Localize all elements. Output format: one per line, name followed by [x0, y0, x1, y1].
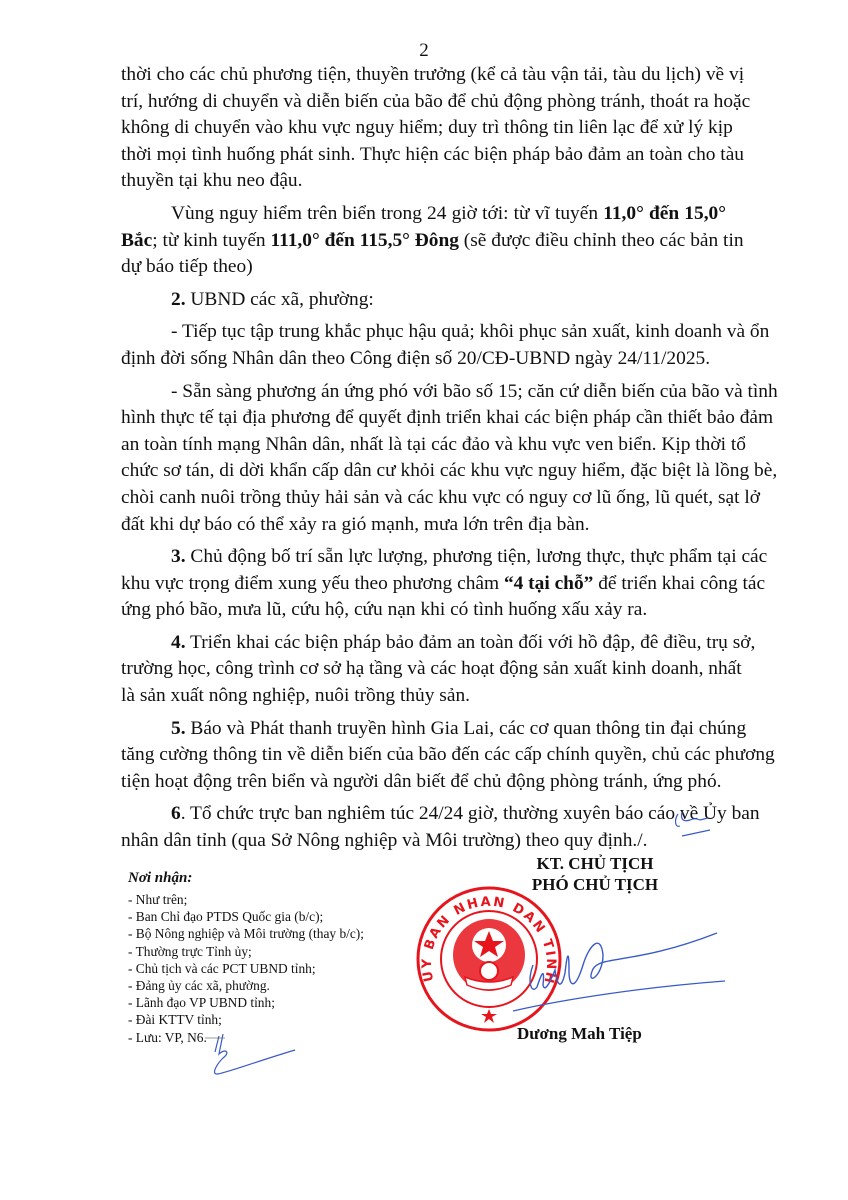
item-text: Báo và Phát thanh truyền hình Gia Lai, c…: [186, 718, 747, 739]
paragraph-continuation: thời cho các chủ phương tiện, thuyền trư…: [121, 62, 726, 195]
item-text: Chủ động bố trí sẵn lực lượng, phương ti…: [186, 546, 768, 567]
text-line: khu vực trọng điểm xung yếu theo phương …: [121, 571, 726, 598]
text-line: hình thực tế tại địa phương để quyết địn…: [121, 405, 726, 432]
item-number: 5.: [171, 718, 186, 739]
item-3: 3. Chủ động bố trí sẵn lực lượng, phương…: [121, 544, 726, 624]
motto-four-on-site: “4 tại chỗ”: [504, 573, 593, 594]
text-line: 6. Tổ chức trực ban nghiêm túc 24/24 giờ…: [121, 801, 726, 828]
danger-zone-prefix: Vùng nguy hiểm trên biển trong 24 giờ tớ…: [171, 203, 603, 224]
item-text: Triển khai các biện pháp bảo đảm an toàn…: [186, 632, 756, 653]
text-line: nhân dân tỉnh (qua Sở Nông nghiệp và Môi…: [121, 828, 726, 855]
text-line: 4. Triển khai các biện pháp bảo đảm an t…: [121, 630, 726, 657]
signer-role-line-1: KT. CHỦ TỊCH: [505, 853, 685, 874]
recipients-list: - Như trên; - Ban Chỉ đạo PTDS Quốc gia …: [128, 891, 428, 1046]
text-line: trường học, công trình cơ sở hạ tầng và …: [121, 656, 726, 683]
text-line: là sản xuất nông nghiệp, nuôi trồng thủy…: [121, 683, 726, 710]
text-line: tăng cường thông tin về diễn biến của bã…: [121, 742, 726, 769]
text-line: Vùng nguy hiểm trên biển trong 24 giờ tớ…: [121, 201, 726, 228]
item-6: 6. Tổ chức trực ban nghiêm túc 24/24 giờ…: [121, 801, 726, 854]
item-2: 2. UBND các xã, phường:: [121, 287, 726, 314]
item-4: 4. Triển khai các biện pháp bảo đảm an t…: [121, 630, 726, 710]
text-line: - Tiếp tục tập trung khắc phục hậu quả; …: [121, 319, 726, 346]
recipient-item: - Như trên;: [128, 891, 428, 908]
latitude-direction: Bắc: [121, 230, 152, 251]
item-text: để triển khai công tác: [593, 573, 765, 594]
item-text: khu vực trọng điểm xung yếu theo phương …: [121, 573, 504, 594]
text-line: 5. Báo và Phát thanh truyền hình Gia Lai…: [121, 716, 726, 743]
recipient-item: - Ban Chỉ đạo PTDS Quốc gia (b/c);: [128, 908, 428, 925]
text-line: dự báo tiếp theo): [121, 254, 726, 281]
handwritten-signature-icon: [505, 925, 730, 1020]
text-line: đất khi dự báo có thể xảy ra gió mạnh, m…: [121, 512, 726, 539]
paragraph-danger-zone: Vùng nguy hiểm trên biển trong 24 giờ tớ…: [121, 201, 726, 281]
text-line: thời mọi tình huống phát sinh. Thực hiện…: [121, 142, 726, 169]
recipients-block: Nơi nhận: - Như trên; - Ban Chỉ đạo PTDS…: [128, 870, 428, 1046]
item-number: 4.: [171, 632, 186, 653]
text-line: - Sẵn sàng phương án ứng phó với bão số …: [121, 379, 726, 406]
initial-signature-icon: [670, 808, 730, 840]
latitude-range: 11,0° đến 15,0°: [603, 203, 726, 224]
text-line: thời cho các chủ phương tiện, thuyền trư…: [121, 62, 726, 89]
text-line: 3. Chủ động bố trí sẵn lực lượng, phương…: [121, 544, 726, 571]
item-number: 3.: [171, 546, 186, 567]
text-line: thuyền tại khu neo đậu.: [121, 168, 726, 195]
text-line: trí, hướng di chuyển và diễn biến của bã…: [121, 89, 726, 116]
text-line: tiện hoạt động trên biển và người dân bi…: [121, 769, 726, 796]
longitude-range: 111,0° đến 115,5° Đông: [270, 230, 458, 251]
item-2-bullet-2: - Sẵn sàng phương án ứng phó với bão số …: [121, 379, 726, 539]
recipient-item: - Đài KTTV tỉnh;: [128, 1011, 428, 1028]
document-body: thời cho các chủ phương tiện, thuyền trư…: [121, 62, 726, 861]
recipient-item: - Thường trực Tỉnh ủy;: [128, 943, 428, 960]
text-line: 2. UBND các xã, phường:: [121, 287, 726, 314]
recipient-item: - Bộ Nông nghiệp và Môi trường (thay b/c…: [128, 925, 428, 942]
danger-zone-mid: ; từ kinh tuyến: [152, 230, 270, 251]
signer-name: Dương Mah Tiệp: [517, 1024, 642, 1044]
text-line: ứng phó bão, mưa lũ, cứu hộ, cứu nạn khi…: [121, 597, 726, 624]
item-5: 5. Báo và Phát thanh truyền hình Gia Lai…: [121, 716, 726, 796]
recipient-item: - Lãnh đạo VP UBND tỉnh;: [128, 994, 428, 1011]
danger-zone-suffix: (sẽ được điều chỉnh theo các bản tin: [459, 230, 744, 251]
text-line: không di chuyển vào khu vực nguy hiểm; d…: [121, 115, 726, 142]
item-title: UBND các xã, phường:: [186, 289, 374, 310]
text-line: định đời sống Nhân dân theo Công điện số…: [121, 346, 726, 373]
item-number: 2.: [171, 289, 186, 310]
text-line: chòi canh nuôi trồng thủy hải sản và các…: [121, 485, 726, 512]
archive-initial-signature-icon: [205, 1030, 300, 1080]
recipient-item: - Chủ tịch và các PCT UBND tỉnh;: [128, 960, 428, 977]
recipient-item: - Đảng ủy các xã, phường.: [128, 977, 428, 994]
text-line: chức sơ tán, di dời khẩn cấp dân cư khỏi…: [121, 458, 726, 485]
item-number: 6: [171, 803, 181, 824]
item-2-bullet-1: - Tiếp tục tập trung khắc phục hậu quả; …: [121, 319, 726, 372]
recipients-title: Nơi nhận:: [128, 870, 428, 887]
page-number: 2: [0, 40, 848, 62]
text-line: Bắc; từ kinh tuyến 111,0° đến 115,5° Đôn…: [121, 228, 726, 255]
text-line: an toàn tính mạng Nhân dân, nhất là tại …: [121, 432, 726, 459]
